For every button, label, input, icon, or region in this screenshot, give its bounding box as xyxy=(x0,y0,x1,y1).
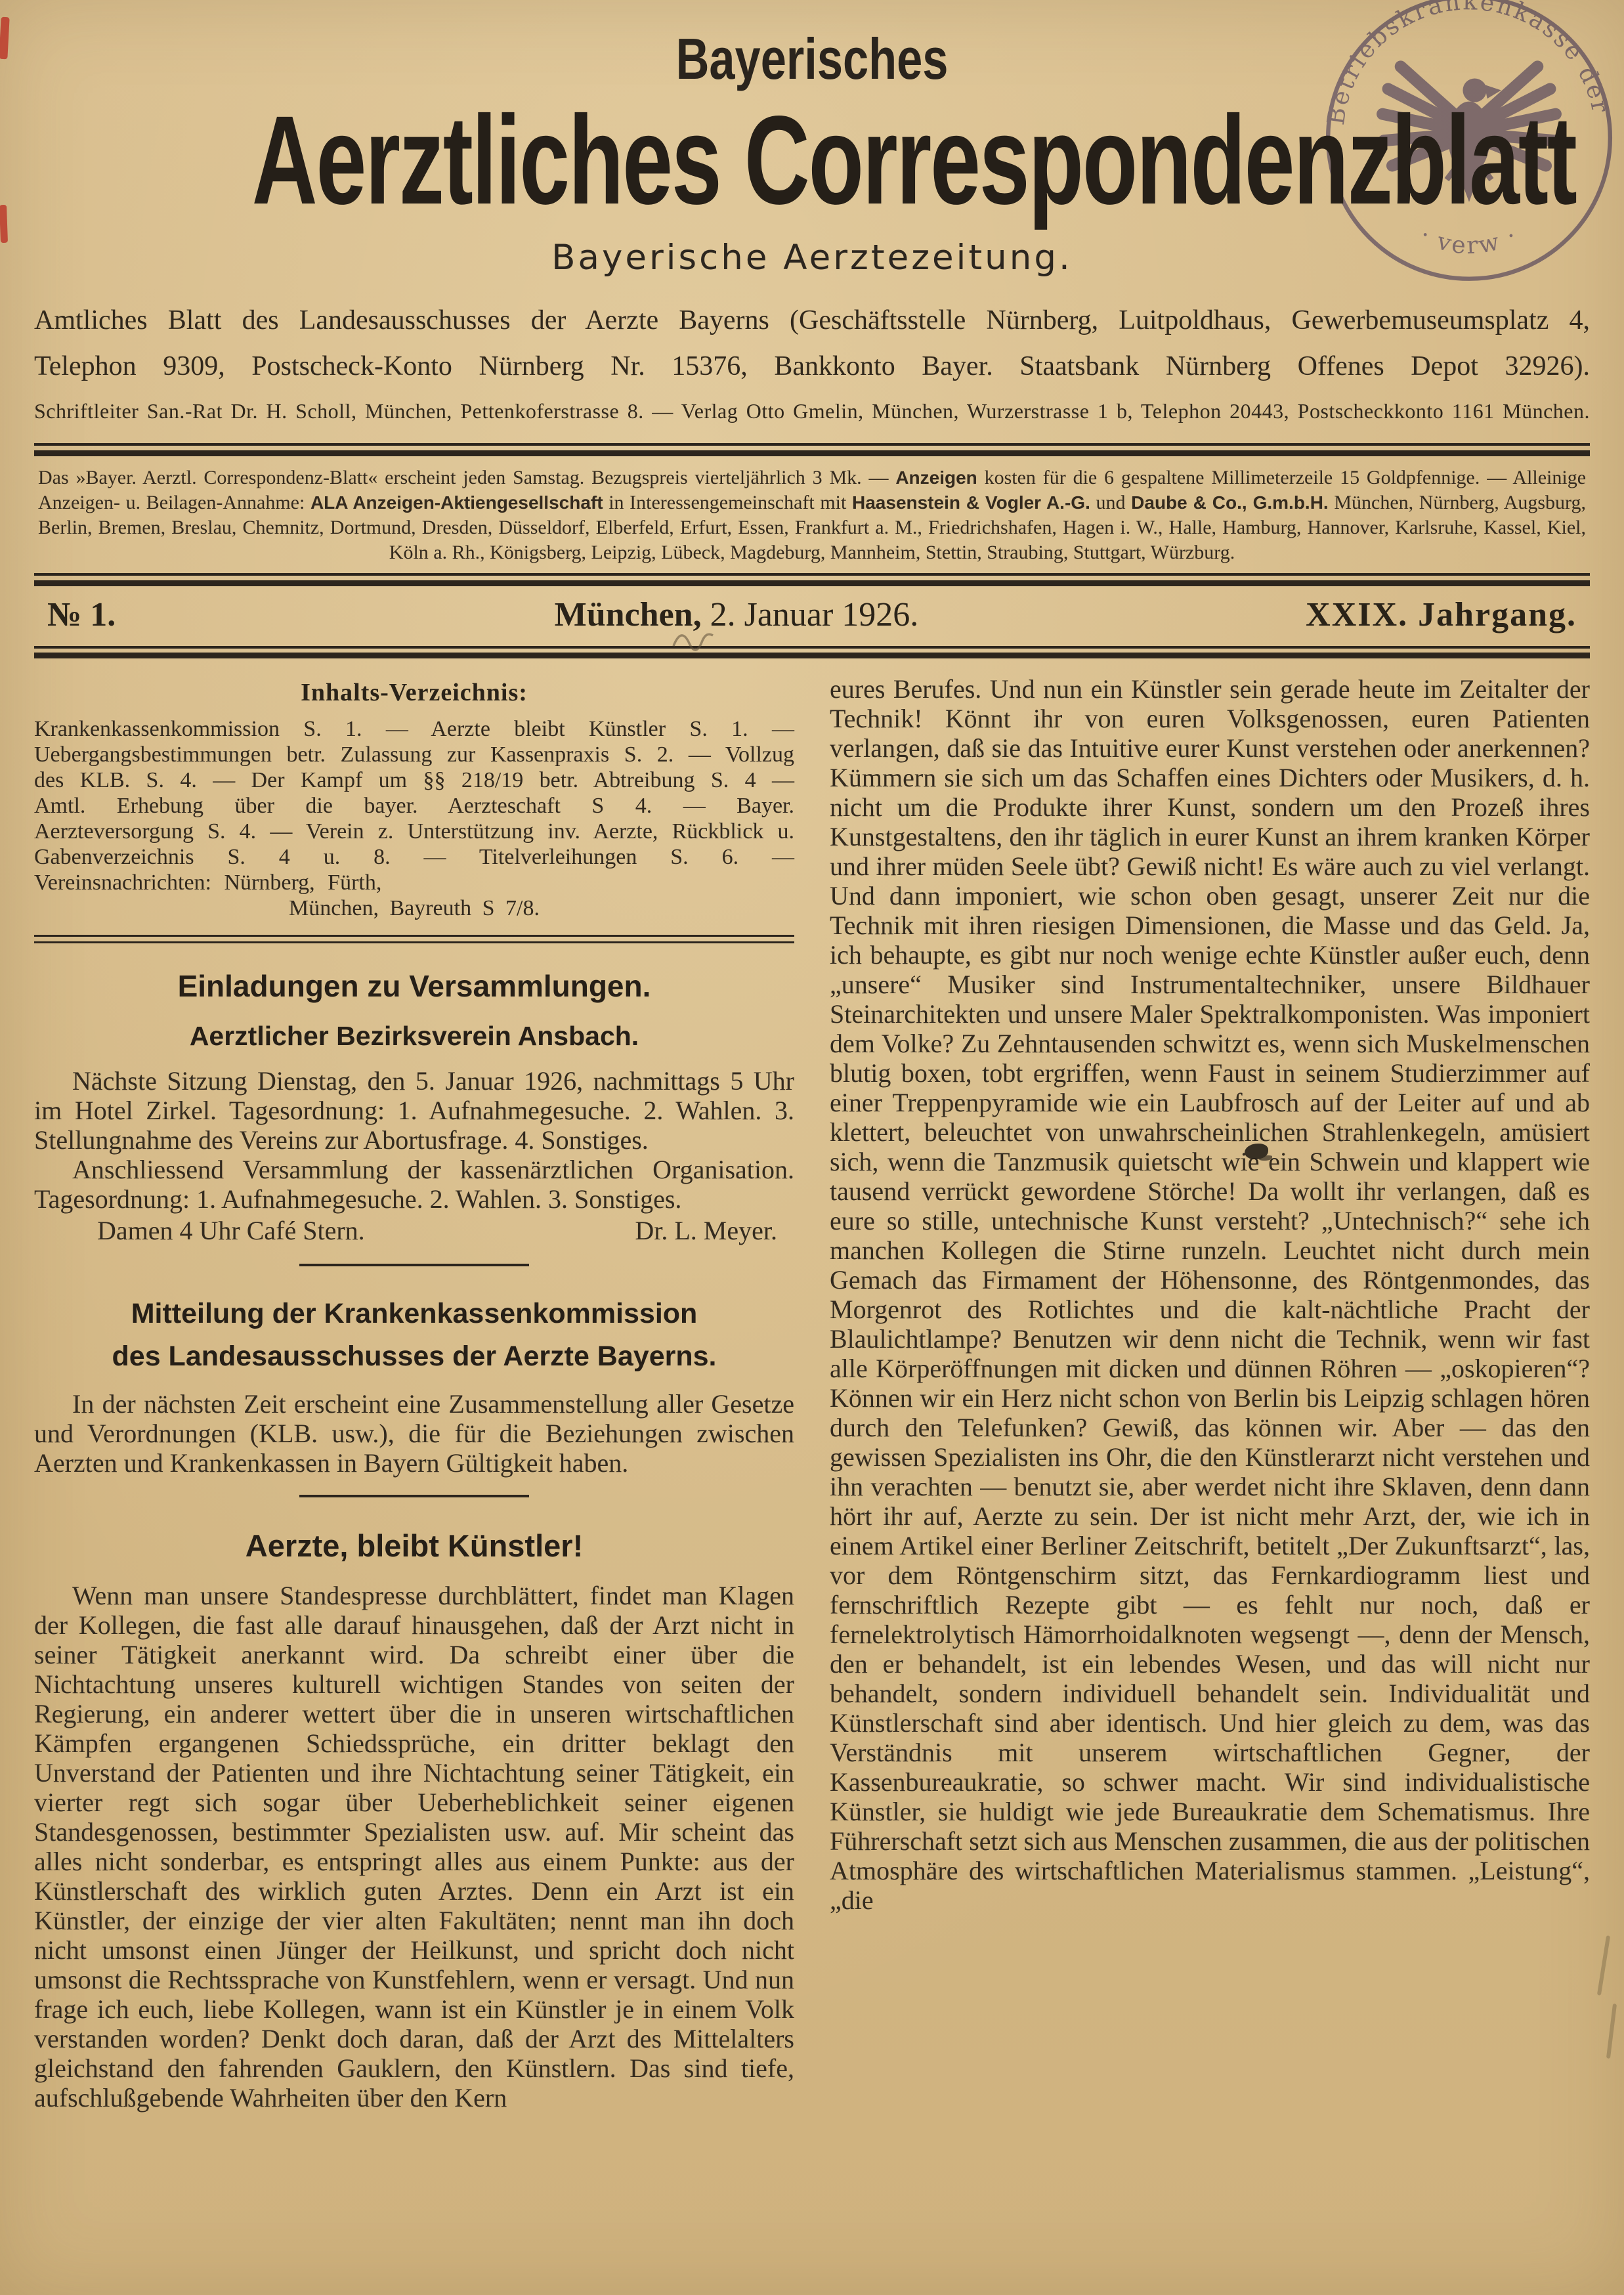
invitations-paragraph-2: Anschliessend Versammlung der kassenärzt… xyxy=(34,1155,794,1214)
invitations-signature-row: Damen 4 Uhr Café Stern. Dr. L. Meyer. xyxy=(34,1215,794,1247)
issue-line: № 1. München, 2. Januar 1926. XXIX. Jahr… xyxy=(34,586,1590,646)
body-columns: Inhalts-Verzeichnis: Krankenkassenkommis… xyxy=(34,674,1590,2113)
toc-heading: Inhalts-Verzeichnis: xyxy=(34,678,794,707)
section-divider-rule xyxy=(299,1495,529,1497)
issue-place-date: München, 2. Januar 1926. xyxy=(264,595,1209,634)
toc-body: Krankenkassenkommission S. 1. — Aerzte b… xyxy=(34,716,794,895)
mitteilung-paragraph: In der nächsten Zeit erscheint eine Zusa… xyxy=(34,1389,794,1478)
masthead-overline: Bayerisches xyxy=(190,30,1434,88)
article-right-column-text: eures Berufes. Und nun ein Künstler sein… xyxy=(830,674,1590,1915)
mitteilung-heading-line1: Mitteilung der Krankenkassenkommission xyxy=(34,1293,794,1335)
section-divider-rule xyxy=(299,1264,529,1266)
double-rule-below-issue-line xyxy=(34,646,1590,658)
impressum-fine-print: Das »Bayer. Aerztl. Correspondenz-Blatt«… xyxy=(38,465,1586,565)
masthead-subtitle: Bayerische Aerztezeitung. xyxy=(34,238,1590,278)
invitations-footer-left: Damen 4 Uhr Café Stern. xyxy=(97,1215,365,1247)
newspaper-page: Betriebskrankenkasse der · verw · Bayeri… xyxy=(0,0,1624,2295)
issue-date: 2. Januar 1926. xyxy=(710,596,919,633)
masthead-title: Aerztliches Correspondenzblatt xyxy=(252,97,1372,223)
margin-scribble xyxy=(1606,2004,1617,2059)
left-column: Inhalts-Verzeichnis: Krankenkassenkommis… xyxy=(34,674,794,2113)
official-line-1: Amtliches Blatt des Landesausschusses de… xyxy=(34,297,1590,343)
mitteilung-heading: Mitteilung der Krankenkassenkommission d… xyxy=(34,1293,794,1377)
masthead: Bayerisches Aerztliches Correspondenzbla… xyxy=(34,30,1590,433)
toc-tail: München, Bayreuth S 7/8. xyxy=(34,895,794,922)
red-pencil-mark xyxy=(0,205,8,243)
issue-number: № 1. xyxy=(47,595,264,634)
margin-scribble xyxy=(1597,1935,1610,1996)
red-pencil-mark xyxy=(0,17,10,60)
mitteilung-heading-line2: des Landesausschusses der Aerzte Bayerns… xyxy=(34,1335,794,1378)
article-left-column-text: Wenn man unsere Standespresse durchblätt… xyxy=(34,1581,794,2113)
official-line-2: Telephon 9309, Postscheck-Konto Nürnberg… xyxy=(34,343,1590,389)
right-column: eures Berufes. Und nun ein Künstler sein… xyxy=(830,674,1590,2113)
invitations-heading: Einladungen zu Versammlungen. xyxy=(34,968,794,1004)
invitations-paragraph-1: Nächste Sitzung Dienstag, den 5. Januar … xyxy=(34,1066,794,1155)
toc-divider-rule xyxy=(34,935,794,943)
pen-squiggle xyxy=(671,625,717,658)
editor-publisher-line: Schriftleiter San.-Rat Dr. H. Scholl, Mü… xyxy=(34,389,1590,433)
double-rule-top xyxy=(34,443,1590,456)
article-heading: Aerzte, bleibt Künstler! xyxy=(34,1528,794,1564)
invitations-subheading: Aerztlicher Bezirksverein Ansbach. xyxy=(34,1021,794,1052)
rule-above-issue-line xyxy=(34,573,1590,586)
issue-volume: XXIX. Jahrgang. xyxy=(1209,595,1577,634)
invitations-footer-right: Dr. L. Meyer. xyxy=(635,1215,777,1247)
